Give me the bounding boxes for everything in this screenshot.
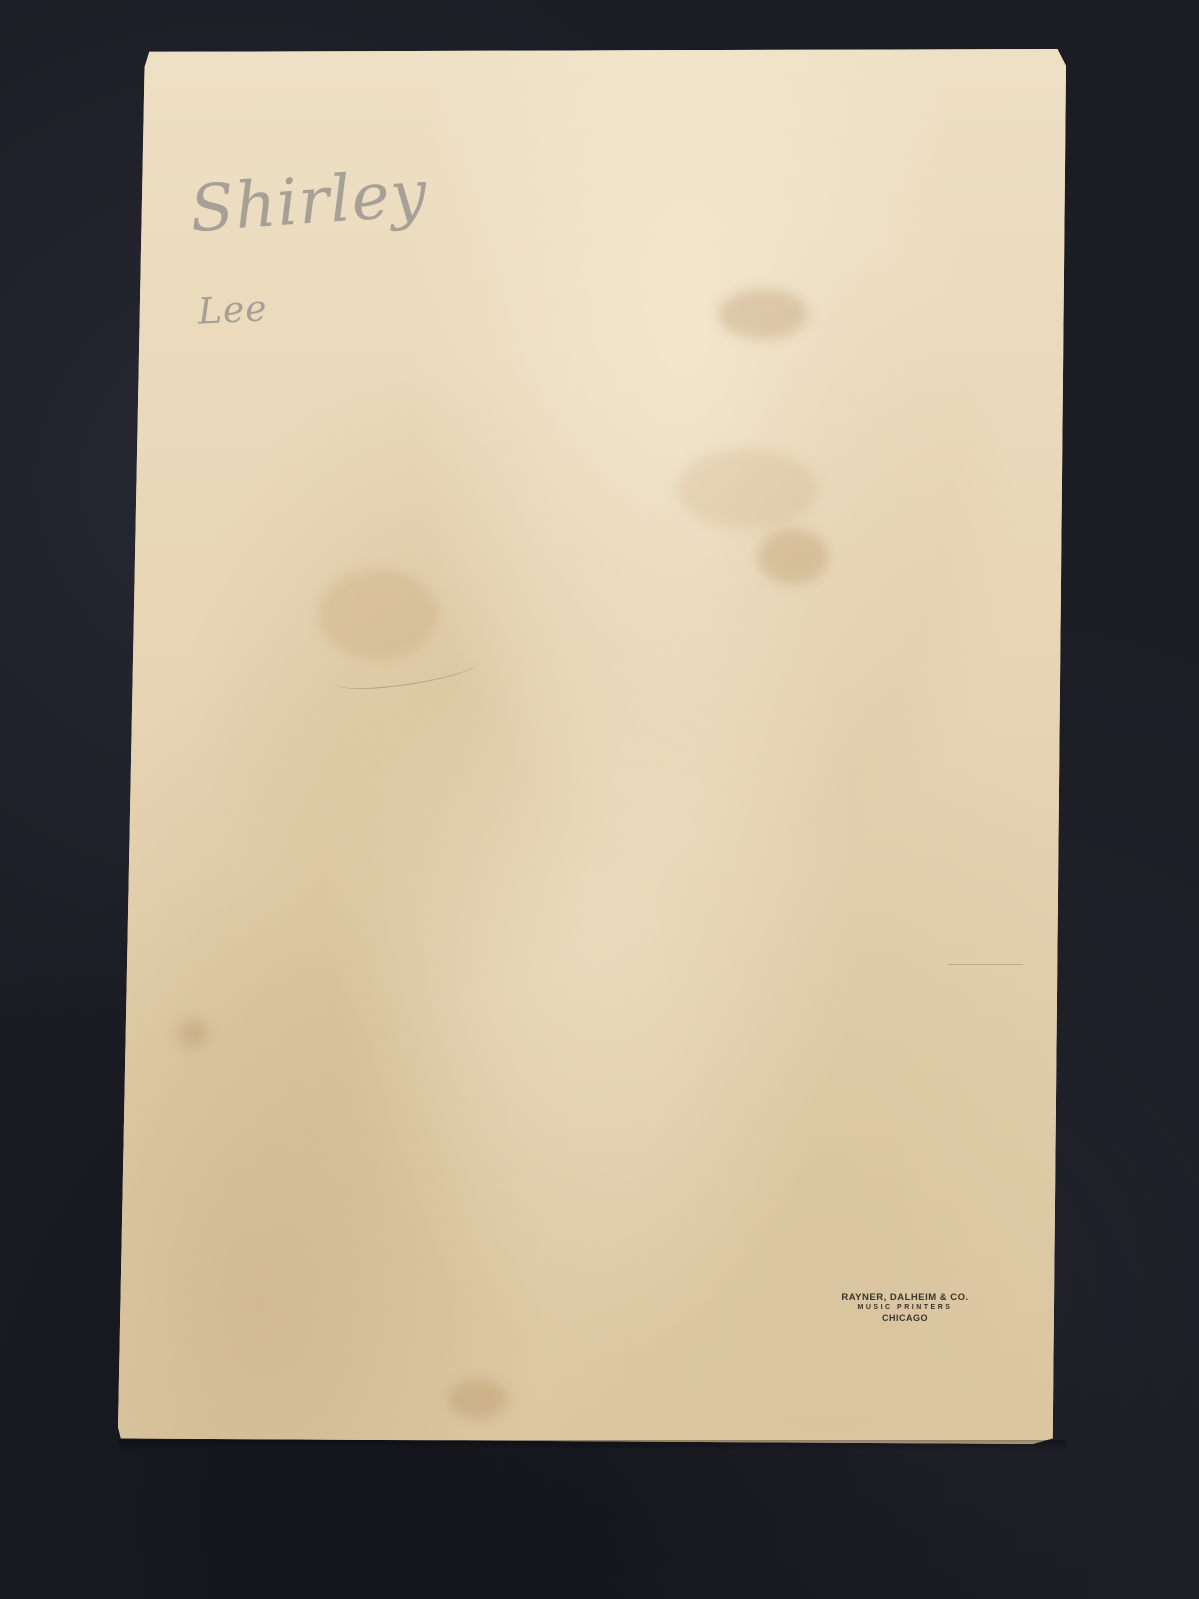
stain (718, 289, 808, 339)
pencil-mark (948, 962, 1023, 965)
cover-shadow (118, 1440, 1066, 1450)
booklet-back-cover (118, 49, 1066, 1444)
imprint-company: RAYNER, DALHEIM & CO. (795, 1292, 1015, 1304)
stain (178, 1019, 208, 1049)
stain (318, 569, 438, 659)
handwritten-name-lee: Lee (197, 288, 269, 333)
printer-imprint: RAYNER, DALHEIM & CO. MUSIC PRINTERS CHI… (795, 1292, 1015, 1324)
imprint-trade: MUSIC PRINTERS (795, 1304, 1015, 1313)
stain (678, 449, 818, 529)
imprint-city: CHICAGO (795, 1313, 1015, 1324)
stain (448, 1379, 508, 1419)
stain (758, 529, 828, 584)
